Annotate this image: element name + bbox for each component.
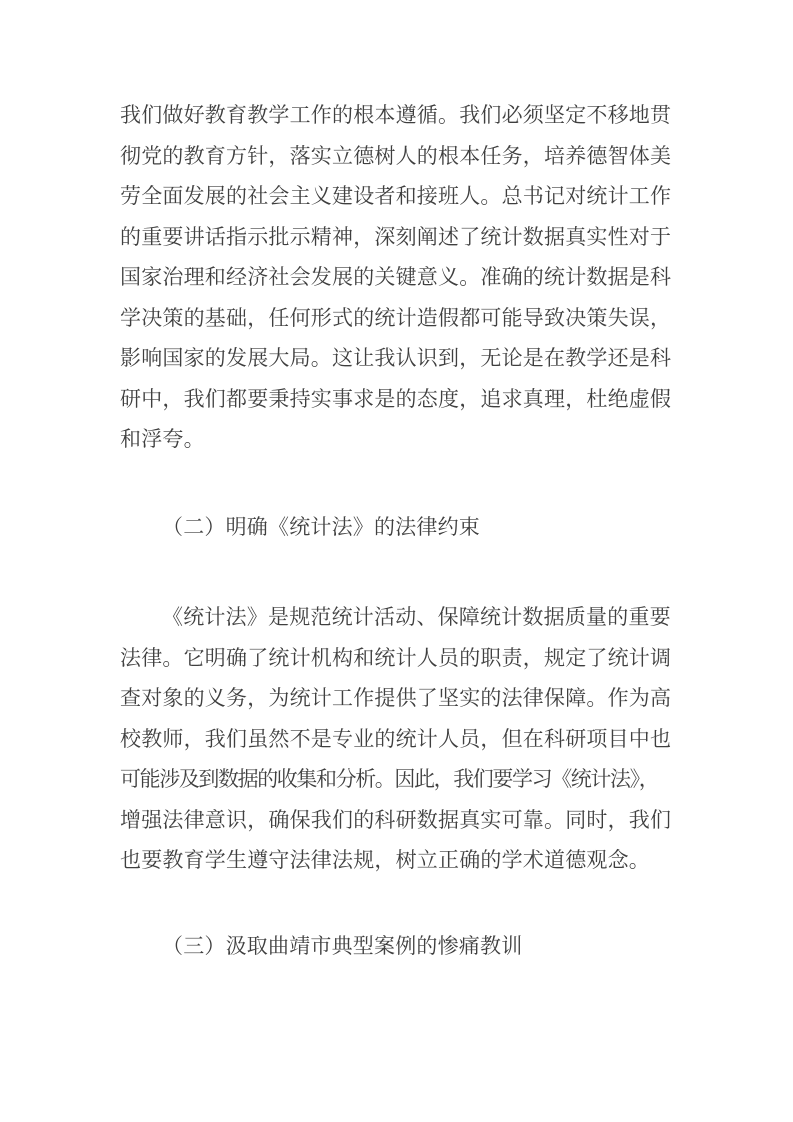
section-heading-statistics-law: （二）明确《统计法》的法律约束 — [120, 507, 672, 548]
text-line: 也要教育学生遵守法律法规，树立正确的学术道德观念。 — [120, 840, 672, 881]
text-line: 劳全面发展的社会主义建设者和接班人。总书记对统计工作 — [120, 176, 672, 217]
text-line: 查对象的义务，为统计工作提供了坚实的法律保障。作为高 — [120, 678, 672, 719]
text-line: 研中，我们都要秉持实事求是的态度，追求真理，杜绝虚假 — [120, 379, 672, 420]
text-line: 我们做好教育教学工作的根本遵循。我们必须坚定不移地贯 — [120, 95, 672, 136]
text-line: 学决策的基础，任何形式的统计造假都可能导致决策失误， — [120, 298, 672, 339]
text-line: 的重要讲话指示批示精神，深刻阐述了统计数据真实性对于 — [120, 217, 672, 258]
text-line: 影响国家的发展大局。这让我认识到，无论是在教学还是科 — [120, 338, 672, 379]
section-heading-qujing-case: （三）汲取曲靖市典型案例的惨痛教训 — [120, 926, 672, 967]
text-line: 可能涉及到数据的收集和分析。因此，我们要学习《统计法》， — [120, 759, 672, 800]
text-line: 国家治理和经济社会发展的关键意义。准确的统计数据是科 — [120, 257, 672, 298]
document-content: 我们做好教育教学工作的根本遵循。我们必须坚定不移地贯 彻党的教育方针，落实立德树… — [120, 95, 672, 966]
text-line: 《统计法》是规范统计活动、保障统计数据质量的重要 — [120, 597, 672, 638]
paragraph-statistics-law: 《统计法》是规范统计活动、保障统计数据质量的重要 法律。它明确了统计机构和统计人… — [120, 597, 672, 881]
document-page: 我们做好教育教学工作的根本遵循。我们必须坚定不移地贯 彻党的教育方针，落实立德树… — [0, 0, 793, 1122]
text-line: 彻党的教育方针，落实立德树人的根本任务，培养德智体美 — [120, 136, 672, 177]
text-line: 法律。它明确了统计机构和统计人员的职责，规定了统计调 — [120, 638, 672, 679]
text-line: 增强法律意识，确保我们的科研数据真实可靠。同时，我们 — [120, 800, 672, 841]
paragraph-guiding-principles: 我们做好教育教学工作的根本遵循。我们必须坚定不移地贯 彻党的教育方针，落实立德树… — [120, 95, 672, 460]
text-line: 和浮夸。 — [120, 419, 672, 460]
text-line: 校教师，我们虽然不是专业的统计人员，但在科研项目中也 — [120, 719, 672, 760]
